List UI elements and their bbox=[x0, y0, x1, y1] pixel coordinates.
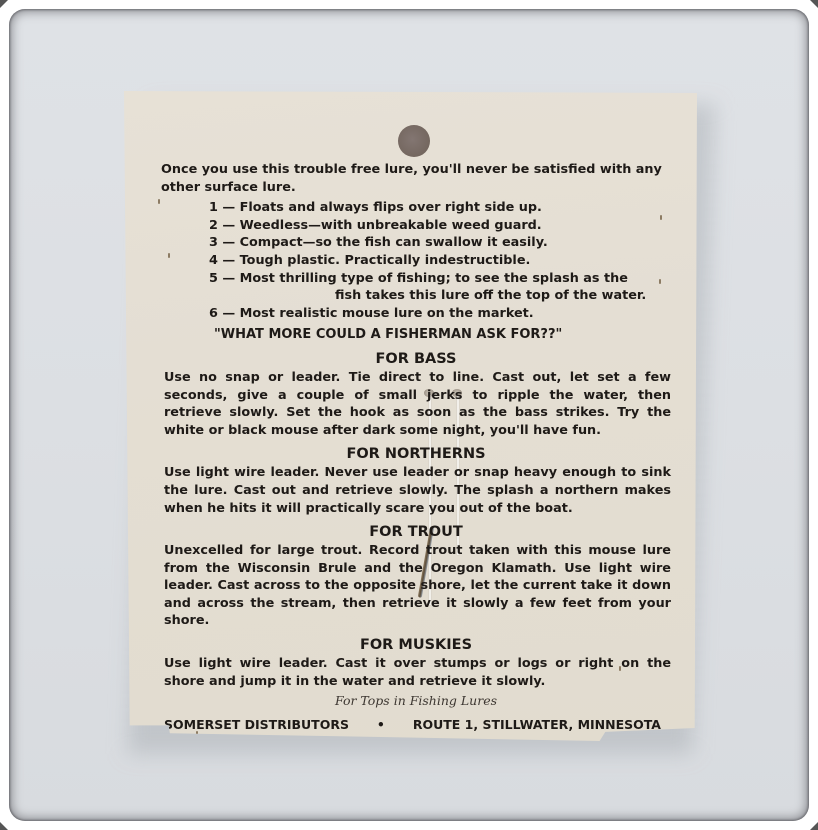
tagline: For Tops in Fishing Lures bbox=[161, 692, 671, 710]
bullet-separator: • bbox=[377, 716, 385, 734]
photo-frame: Once you use this trouble free lure, you… bbox=[9, 9, 809, 821]
section-heading-northerns: FOR NORTHERNS bbox=[161, 445, 671, 463]
section-heading-bass: FOR BASS bbox=[161, 350, 671, 368]
feature-item: 2 — Weedless—with unbreakable weed guard… bbox=[209, 217, 671, 235]
feature-item: 5 — Most thrilling type of fishing; to s… bbox=[209, 270, 671, 305]
distributor-line: SOMERSET DISTRIBUTORS • ROUTE 1, STILLWA… bbox=[164, 716, 661, 734]
rust-spot bbox=[158, 199, 160, 204]
feature-item: 6 — Most realistic mouse lure on the mar… bbox=[209, 305, 671, 323]
section-body-muskies: Use light wire leader. Cast it over stum… bbox=[164, 655, 671, 690]
lure-backer-card: Once you use this trouble free lure, you… bbox=[124, 91, 697, 741]
hanging-hole bbox=[398, 125, 430, 157]
card-copy: Once you use this trouble free lure, you… bbox=[161, 161, 671, 750]
company-address: ROUTE 1, STILLWATER, MINNESOTA bbox=[413, 716, 661, 734]
photo-corner-mark bbox=[0, 0, 8, 8]
feature-item: 4 — Tough plastic. Practically indestruc… bbox=[209, 252, 671, 270]
section-body-trout: Unexcelled for large trout. Record trout… bbox=[164, 542, 671, 630]
feature-item: 3 — Compact—so the fish can swallow it e… bbox=[209, 234, 671, 252]
photo-corner-mark bbox=[0, 822, 8, 830]
photo-corner-mark bbox=[810, 0, 818, 8]
section-body-northerns: Use light wire leader. Never use leader … bbox=[164, 464, 671, 517]
slogan: "WHAT MORE COULD A FISHERMAN ASK FOR??" bbox=[214, 326, 671, 344]
section-body-bass: Use no snap or leader. Tie direct to lin… bbox=[164, 369, 671, 439]
feature-list: 1 — Floats and always flips over right s… bbox=[209, 199, 671, 322]
intro-text: Once you use this trouble free lure, you… bbox=[161, 161, 671, 196]
section-heading-muskies: FOR MUSKIES bbox=[161, 636, 671, 654]
section-heading-trout: FOR TROUT bbox=[161, 523, 671, 541]
photo-corner-mark bbox=[810, 822, 818, 830]
company-name: SOMERSET DISTRIBUTORS bbox=[164, 716, 349, 734]
feature-item: 1 — Floats and always flips over right s… bbox=[209, 199, 671, 217]
